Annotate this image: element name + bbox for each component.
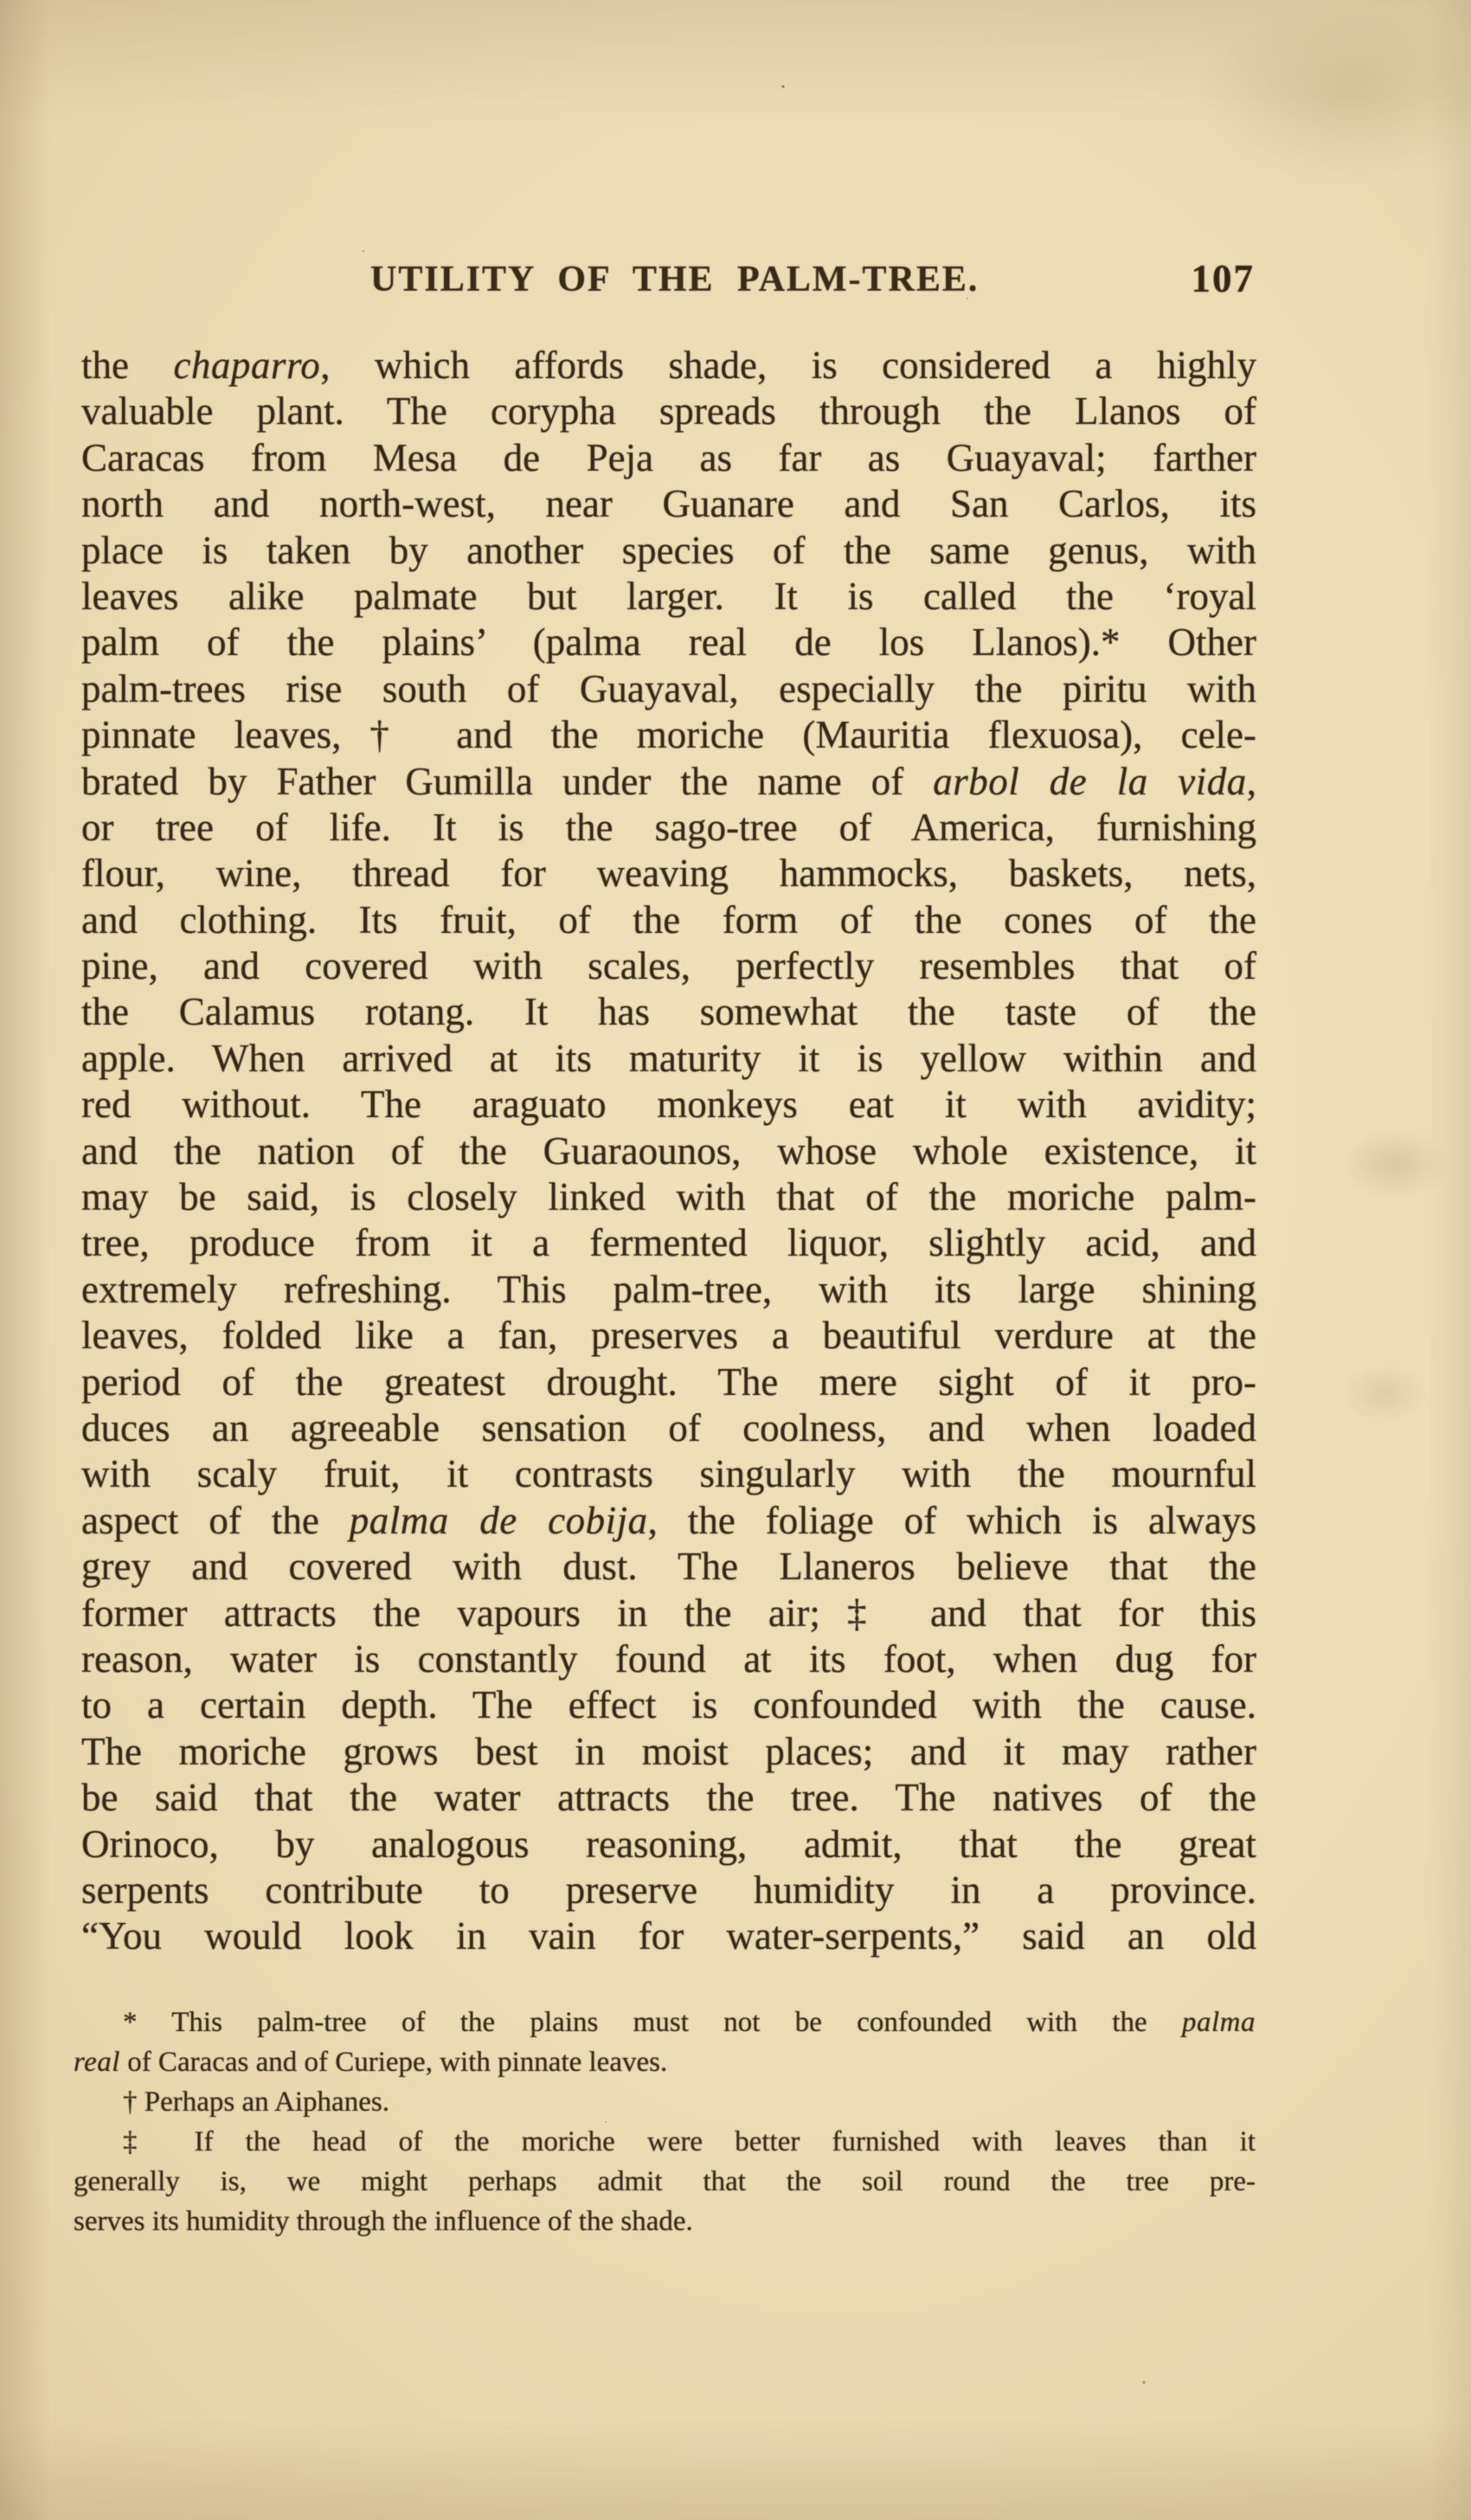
text-line: be said that the water attracts the tree…	[81, 1775, 1256, 1821]
text-line: duces an agreeable sensation of coolness…	[81, 1405, 1256, 1451]
text-line: place is taken by another species of the…	[81, 528, 1256, 574]
text-line: extremely refreshing. This palm-tree, wi…	[81, 1267, 1256, 1313]
text-line: valuable plant. The corypha spreads thro…	[81, 389, 1256, 434]
text-line: aspect of the palma de cobija, the folia…	[81, 1498, 1256, 1544]
text-line: The moriche grows best in moist places; …	[81, 1729, 1256, 1775]
text-line: flour, wine, thread for weaving hammocks…	[81, 851, 1256, 897]
footnote-line: ‡ If the head of the moriche were better…	[74, 2122, 1256, 2162]
text-line: palm of the plains’ (palma real de los L…	[81, 620, 1256, 665]
text-line: to a certain depth. The effect is confou…	[81, 1682, 1256, 1728]
text-line: former attracts the vapours in the air;‡…	[81, 1591, 1256, 1636]
footnote-line: * This palm-tree of the plains must not …	[74, 2002, 1256, 2042]
text-line: Orinoco, by analogous reasoning, admit, …	[81, 1822, 1256, 1867]
footnotes: * This palm-tree of the plains must not …	[74, 2002, 1256, 2241]
text-line: or tree of life. It is the sago-tree of …	[81, 805, 1256, 851]
text-line: north and north-west, near Guanare and S…	[81, 481, 1256, 527]
text-line: the Calamus rotang. It has somewhat the …	[81, 989, 1256, 1035]
text-line: grey and covered with dust. The Llaneros…	[81, 1544, 1256, 1590]
text-line: pine, and covered with scales, perfectly…	[81, 943, 1256, 989]
text-line: serpents contribute to preserve humidity…	[81, 1867, 1256, 1913]
body-text: the chaparro, which affords shade, is co…	[81, 343, 1256, 1960]
text-line: the chaparro, which affords shade, is co…	[81, 343, 1256, 389]
text-line: period of the greatest drought. The mere…	[81, 1360, 1256, 1405]
running-head-title: UTILITY OF THE PALM-TREE.	[370, 259, 979, 300]
text-line: Caracas from Mesa de Peja as far as Guay…	[81, 435, 1256, 481]
text-line: with scaly fruit, it contrasts singularl…	[81, 1451, 1256, 1497]
text-line: and clothing. Its fruit, of the form of …	[81, 897, 1256, 943]
footnote-line: serves its humidity through the influenc…	[74, 2202, 1256, 2241]
text-line: leaves alike palmate but larger. It is c…	[81, 574, 1256, 620]
text-line: red without. The araguato monkeys eat it…	[81, 1082, 1256, 1128]
text-line: leaves, folded like a fan, preserves a b…	[81, 1313, 1256, 1359]
text-line: may be said, is closely linked with that…	[81, 1174, 1256, 1220]
page-number: 107	[1125, 256, 1255, 301]
text-line: “You would look in vain for water-serpen…	[81, 1913, 1256, 1959]
text-line: and the nation of the Guaraounos, whose …	[81, 1128, 1256, 1174]
footnote-line: † Perhaps an Aiphanes.	[74, 2082, 1256, 2122]
scanned-book-page: UTILITY OF THE PALM-TREE. 107 the chapar…	[0, 0, 1471, 2520]
text-line: pinnate leaves,† and the moriche (Maurit…	[81, 712, 1256, 758]
text-line: tree, produce from it a fermented liquor…	[81, 1220, 1256, 1266]
text-line: reason, water is constantly found at its…	[81, 1636, 1256, 1682]
footnote-line: real of Caracas and of Curiepe, with pin…	[74, 2042, 1256, 2082]
text-line: apple. When arrived at its maturity it i…	[81, 1036, 1256, 1082]
text-line: palm-trees rise south of Guayaval, espec…	[81, 666, 1256, 712]
footnote-line: generally is, we might perhaps admit tha…	[74, 2162, 1256, 2202]
text-line: brated by Father Gumilla under the name …	[81, 759, 1256, 805]
